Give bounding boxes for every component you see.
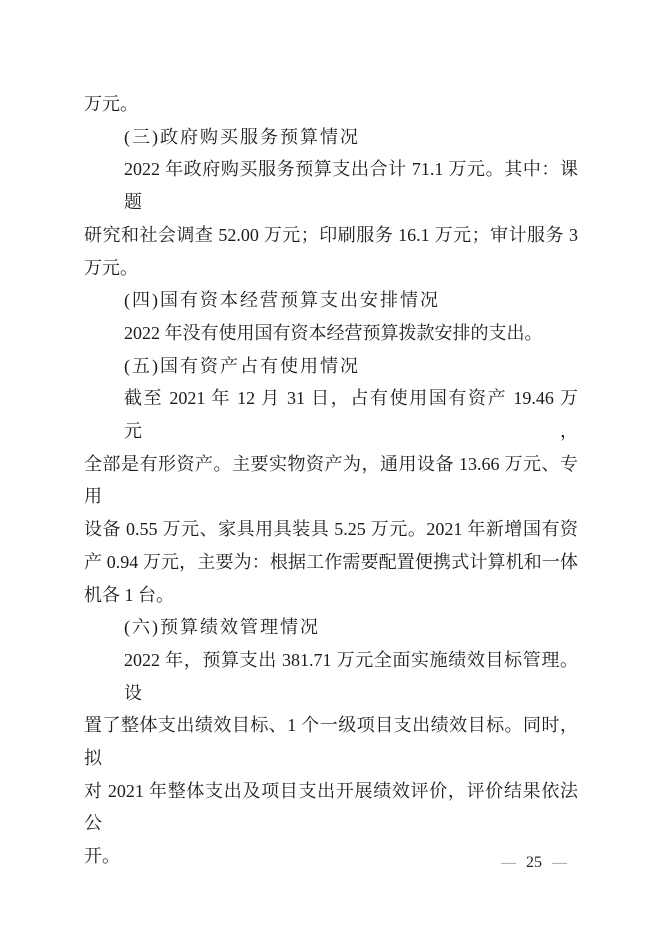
text-line: 全部是有形资产。主要实物资产为，通用设备 13.66 万元、专用 bbox=[84, 448, 578, 513]
text-line: 置了整体支出绩效目标、1 个一级项目支出绩效目标。同时，拟 bbox=[84, 709, 578, 774]
footer-dash-left: — bbox=[501, 853, 516, 873]
text-line: 2022 年没有使用国有资本经营预算拨款安排的支出。 bbox=[84, 317, 578, 350]
page-number: 25 bbox=[526, 853, 542, 873]
page-footer: — 25 — bbox=[501, 853, 567, 873]
text-line: 对 2021 年整体支出及项目支出开展绩效评价，评价结果依法公 bbox=[84, 775, 578, 840]
document-body: 万元。 (三)政府购买服务预算情况 2022 年政府购买服务预算支出合计 71.… bbox=[84, 88, 578, 873]
text-line: 产 0.94 万元，主要为：根据工作需要配置便携式计算机和一体 bbox=[84, 546, 578, 579]
text-line: 2022 年，预算支出 381.71 万元全面实施绩效目标管理。设 bbox=[84, 644, 578, 709]
section-heading-6: (六)预算绩效管理情况 bbox=[84, 611, 578, 644]
document-page: 万元。 (三)政府购买服务预算情况 2022 年政府购买服务预算支出合计 71.… bbox=[0, 0, 658, 931]
text-line: 2022 年政府购买服务预算支出合计 71.1 万元。其中：课题 bbox=[84, 153, 578, 218]
text-line-continuation: 万元。 bbox=[84, 88, 578, 121]
text-line: 机各 1 台。 bbox=[84, 579, 578, 612]
text-line: 研究和社会调查 52.00 万元；印刷服务 16.1 万元；审计服务 3 bbox=[84, 219, 578, 252]
section-heading-4: (四)国有资本经营预算支出安排情况 bbox=[84, 284, 578, 317]
section-heading-5: (五)国有资产占有使用情况 bbox=[84, 350, 578, 383]
section-heading-3: (三)政府购买服务预算情况 bbox=[84, 121, 578, 154]
text-line: 截至 2021 年 12 月 31 日，占有使用国有资产 19.46 万元， bbox=[84, 382, 578, 447]
footer-dash-right: — bbox=[552, 853, 567, 873]
text-line: 万元。 bbox=[84, 252, 578, 285]
text-line: 设备 0.55 万元、家具用具装具 5.25 万元。2021 年新增国有资 bbox=[84, 513, 578, 546]
